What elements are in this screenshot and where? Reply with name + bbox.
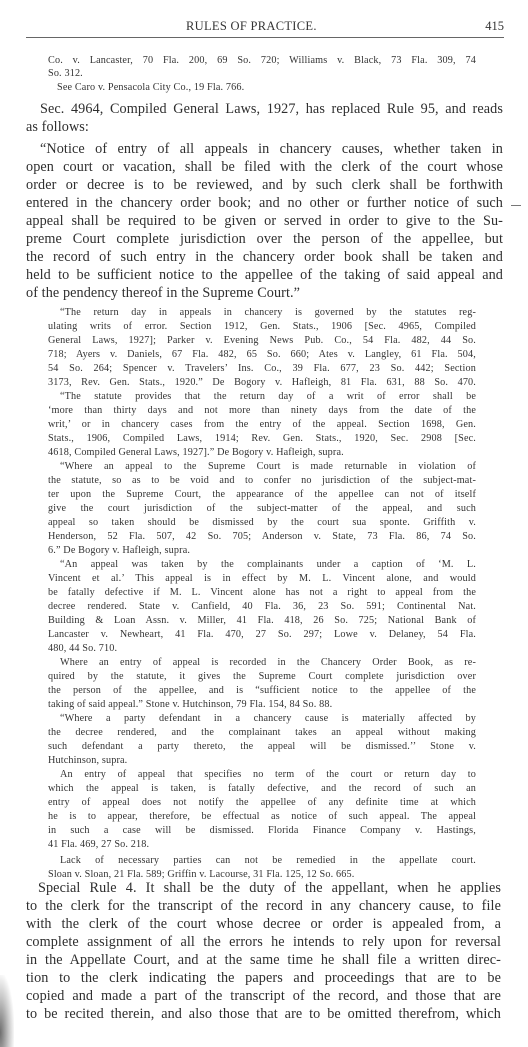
- footnote-text-line: “Where a party defendant in a chancery c…: [60, 713, 476, 725]
- footnote-text-line: Where an entry of appeal is recorded in …: [60, 657, 476, 669]
- body-text-line: order or decree is to be reviewed, and b…: [26, 177, 503, 193]
- footnote-text-line: Building & Loan Assn. v. Miller, 41 Fla.…: [48, 615, 476, 627]
- footnote-text-line: be fatally defective if M. L. Vincent al…: [48, 587, 476, 599]
- body-text-line: as follows:: [26, 119, 503, 135]
- running-head: RULES OF PRACTICE.: [186, 19, 317, 34]
- body-text-line: preme Court complete jurisdiction over t…: [26, 231, 503, 247]
- body-text-line: with the clerk of the court whose decree…: [26, 916, 501, 932]
- body-text-line: to the clerk for the transcript of the r…: [26, 898, 501, 914]
- footnote-text-line: 6.” De Bogory v. Hafleigh, supra.: [48, 545, 476, 557]
- footnote-text-line: Stats., 1906, Compiled Laws, 1914; Rev. …: [48, 433, 476, 445]
- footnote-text-line: “The statute provides that the return da…: [60, 391, 476, 403]
- footnote-text-line: 718; Ayers v. Daniels, 67 Fla. 482, 65 S…: [48, 349, 476, 361]
- body-text-line: tion to the clerk indicating the papers …: [26, 970, 501, 986]
- footnote-text-line: the decree rendered, and the complainant…: [48, 727, 476, 739]
- footnote-text-line: See Caro v. Pensacola City Co., 19 Fla. …: [57, 82, 476, 94]
- footnote-text-line: such defendant a party thereto, the appe…: [48, 741, 476, 753]
- footnote-text-line: give the court jurisdiction of the subje…: [48, 503, 476, 515]
- scan-smudge: [0, 975, 14, 1047]
- page-header: RULES OF PRACTICE. 415: [26, 19, 504, 37]
- page-number: 415: [485, 19, 504, 34]
- margin-mark: [511, 205, 521, 206]
- footnote-text-line: 4618, Compiled General Laws, 1927].” De …: [48, 447, 476, 459]
- footnote-text-line: “Where an appeal to the Supreme Court is…: [60, 461, 476, 473]
- footnote-text-line: 3173, Rev. Gen. Stats., 1920.” De Bogory…: [48, 377, 476, 389]
- footnote-text-line: decree rendered. State v. Canfield, 40 F…: [48, 601, 476, 613]
- footnote-text-line: Henderson, 52 Fla. 507, 42 So. 705; Ande…: [48, 531, 476, 543]
- footnote-text-line: Lack of necessary parties can not be rem…: [60, 855, 476, 867]
- body-text-line: held to be sufficient notice to the appe…: [26, 267, 503, 283]
- body-text-line: in the Appellate Court, and at the same …: [26, 952, 501, 968]
- book-page: RULES OF PRACTICE. 415 Co. v. Lancaster,…: [0, 0, 528, 1047]
- footnote-text-line: 41 Fla. 469, 27 So. 218.: [48, 839, 476, 851]
- body-text-line: Special Rule 4. It shall be the duty of …: [38, 880, 501, 896]
- body-text-line: “Notice of entry of all appeals in chanc…: [40, 141, 503, 157]
- body-text-line: to be recited therein, and also those th…: [26, 1006, 501, 1022]
- footnote-text-line: “An appeal was taken by the complainants…: [60, 559, 476, 571]
- footnote-text-line: ulating writs of error. Section 1912, Ge…: [48, 321, 476, 333]
- footnote-text-line: Hutchinson, supra.: [48, 755, 476, 767]
- footnote-text-line: An entry of appeal that specifies no ter…: [60, 769, 476, 781]
- body-text-line: the record of such entry in the chancery…: [26, 249, 503, 265]
- footnote-text-line: ‘more than thirty days and not more than…: [48, 405, 476, 417]
- body-text-line: entered in the chancery order book; and …: [26, 195, 503, 211]
- body-text-line: of the pendency thereof in the Supreme C…: [26, 285, 503, 301]
- footnote-text-line: appeal so taken should be dismissed by t…: [48, 517, 476, 529]
- footnote-text-line: quired by the statute, it gives the Supr…: [48, 671, 476, 683]
- body-text-line: open court or vacation, shall be filed w…: [26, 159, 503, 175]
- footnote-text-line: So. 312.: [48, 68, 476, 80]
- footnote-text-line: “The return day in appeals in chancery i…: [60, 307, 476, 319]
- footnote-text-line: Co. v. Lancaster, 70 Fla. 200, 69 So. 72…: [48, 55, 476, 67]
- body-text-line: Sec. 4964, Compiled General Laws, 1927, …: [40, 101, 503, 117]
- body-text-line: complete assignment of all the errors he…: [26, 934, 501, 950]
- footnote-text-line: which the appeal is taken, is fatally de…: [48, 783, 476, 795]
- footnote-text-line: in such a case will be dismissed. Florid…: [48, 825, 476, 837]
- footnote-text-line: taking of said appeal.” Stone v. Hutchin…: [48, 699, 476, 711]
- footnote-text-line: 54 So. 264; Spencer v. Travelers’ Ins. C…: [48, 363, 476, 375]
- footnote-text-line: the person of the appellee, and is “suff…: [48, 685, 476, 697]
- footnote-text-line: Vincent et al.’ This appeal is in effect…: [48, 573, 476, 585]
- footnote-text-line: 480, 44 So. 710.: [48, 643, 476, 655]
- body-text-line: appeal shall be required to be given or …: [26, 213, 503, 229]
- footnote-text-line: entry of appeal does not notify the appe…: [48, 797, 476, 809]
- footnote-text-line: the statute, so as to be void and to con…: [48, 475, 476, 487]
- body-text-line: copied and made a part of the transcript…: [26, 988, 501, 1004]
- footnote-text-line: Lancaster v. Newheart, 41 Fla. 470, 27 S…: [48, 629, 476, 641]
- footnote-text-line: ter upon the Supreme Court, the appearan…: [48, 489, 476, 501]
- footnote-text-line: General Laws, 1927]; Parker v. Evening N…: [48, 335, 476, 347]
- header-rule: [26, 37, 504, 38]
- footnote-text-line: writ,’ or in chancery cases from the ent…: [48, 419, 476, 431]
- footnote-text-line: he is to appear, therefore, be effectual…: [48, 811, 476, 823]
